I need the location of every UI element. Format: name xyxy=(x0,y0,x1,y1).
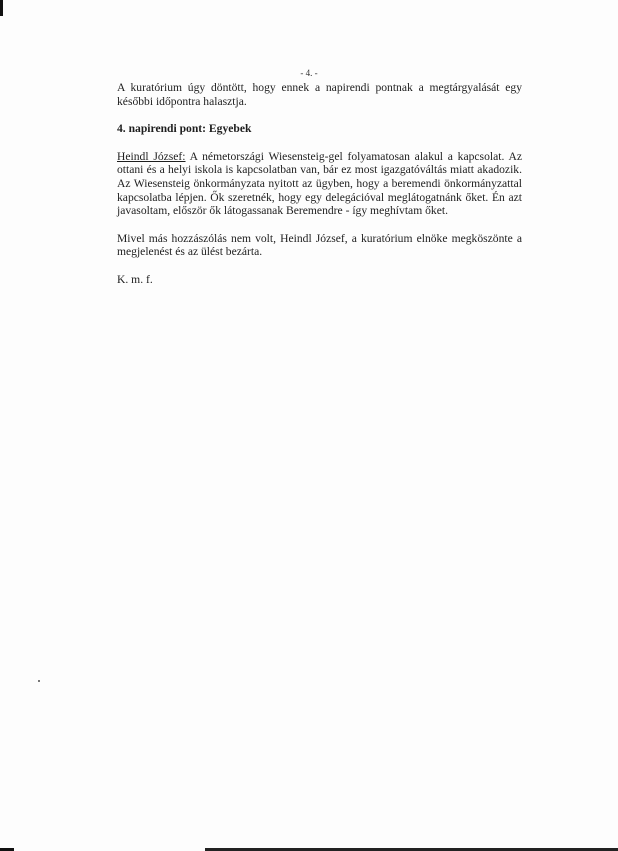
closing-paragraph: Mivel más hozzászólás nem volt, Heindl J… xyxy=(117,232,522,259)
scanned-page: - 4. - A kuratórium úgy döntött, hogy en… xyxy=(0,0,618,851)
speaker-name: Heindl József: xyxy=(117,150,186,163)
speech-paragraph: Heindl József: A németországi Wiesenstei… xyxy=(117,150,522,218)
decision-paragraph: A kuratórium úgy döntött, hogy ennek a n… xyxy=(117,81,522,108)
signoff: K. m. f. xyxy=(117,273,522,287)
scan-speck xyxy=(38,680,40,682)
scan-edge-mark xyxy=(0,0,3,16)
document-body: A kuratórium úgy döntött, hogy ennek a n… xyxy=(117,81,522,287)
agenda-heading: 4. napirendi pont: Egyebek xyxy=(117,122,522,136)
page-number: - 4. - xyxy=(0,68,618,78)
